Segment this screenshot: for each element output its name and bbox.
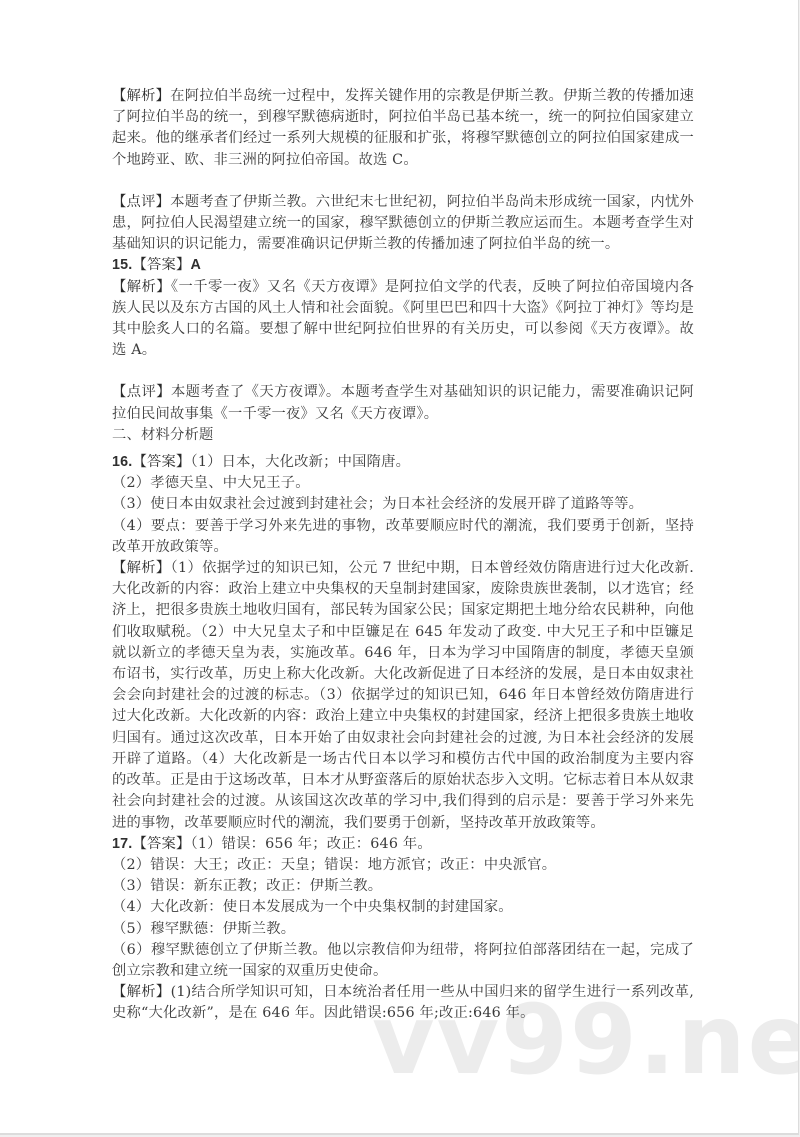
comment-paragraph-14: 【点评】本题考查了伊斯兰教。六世纪末七世纪初，阿拉伯半岛尚未形成统一国家，内忧外… [112,192,694,256]
comment-paragraph-15: 【点评】本题考查了《天方夜谭》。本题考查学生对基础知识的识记能力，需要准确识记阿… [112,382,694,424]
analysis-paragraph-14: 【解析】在阿拉伯半岛统一过程中，发挥关键作用的宗教是伊斯兰教。伊斯兰教的传播加速… [112,86,694,171]
answer-line-15: 15.【答案】A [112,255,694,276]
analysis-paragraph-17: 【解析】(1)结合所学知识可知，日本统治者任用一些从中国归来的留学生进行一系列改… [112,982,694,1024]
question-number: 16. [112,454,132,470]
answer-tag: 【答案】 [132,836,190,852]
answer-line-17: 17.【答案】（1）错误：656 年；改正：646 年。 [112,834,694,855]
answer-item: （3）错误：新东正教；改正：伊斯兰教。 [112,876,694,897]
answer-item: （4）大化改新：使日本发展成为一个中央集权制的封建国家。 [112,897,694,918]
paragraph-text: 本题考查了《天方夜谭》。本题考查学生对基础知识的识记能力，需要准确识记阿拉伯民间… [112,384,694,421]
analysis-paragraph-16: 【解析】（1）依据学过的知识已知，公元 7 世纪中期，日本曾经效仿隋唐进行过大化… [112,558,694,834]
analysis-paragraph-15: 【解析】《一千零一夜》又名《天方夜谭》是阿拉伯文学的代表，反映了阿拉伯帝国境内各… [112,277,694,362]
comment-tag: 【点评】 [112,194,170,210]
answer-line-16: 16.【答案】（1）日本，大化改新；中国隋唐。 [112,452,694,473]
paragraph-text: （1）依据学过的知识已知，公元 7 世纪中期，日本曾经效仿隋唐进行过大化改新. … [112,560,694,830]
answer-item: （3）使日本由奴隶社会过渡到封建社会；为日本社会经济的发展开辟了道路等等。 [112,494,694,515]
analysis-tag: 【解析】 [112,560,171,576]
answer-item: （2）错误：大王；改正：天皇；错误：地方派官；改正：中央派官。 [112,855,694,876]
question-number: 17. [112,836,132,852]
answer-text: （1）错误：656 年；改正：646 年。 [190,836,431,852]
document-content: 【解析】在阿拉伯半岛统一过程中，发挥关键作用的宗教是伊斯兰教。伊斯兰教的传播加速… [112,86,694,1025]
answer-item: （5）穆罕默德：伊斯兰教。 [112,919,694,940]
answer-item: （4）要点：要善于学习外来先进的事物，改革要顺应时代的潮流，我们要勇于创新，坚持… [112,516,694,558]
section-heading: 二、材料分析题 [112,425,694,446]
analysis-tag: 【解析】 [112,279,171,295]
paragraph-text: 本题考查了伊斯兰教。六世纪末七世纪初，阿拉伯半岛尚未形成统一国家，内忧外患，阿拉… [112,194,694,252]
answer-tag: 【答案】 [132,454,190,470]
question-number: 15. [112,257,132,273]
answer-text: （1）日本，大化改新；中国隋唐。 [190,454,410,470]
answer-text: A [190,257,201,273]
answer-item: （6）穆罕默德创立了伊斯兰教。他以宗教信仰为纽带，将阿拉伯部落团结在一起，完成了… [112,940,694,982]
answer-tag: 【答案】 [132,257,190,273]
analysis-tag: 【解析】 [112,88,170,104]
analysis-tag: 【解析】 [112,984,171,1000]
answer-item: （2）孝德天皇、中大兄王子。 [112,473,694,494]
paragraph-text: 《一千零一夜》又名《天方夜谭》是阿拉伯文学的代表，反映了阿拉伯帝国境内各族人民以… [112,279,694,359]
paragraph-text: (1)结合所学知识可知，日本统治者任用一些从中国归来的留学生进行一系列改革, 史… [112,984,694,1021]
comment-tag: 【点评】 [112,384,171,400]
document-page: vv99.net 【解析】在阿拉伯半岛统一过程中，发挥关键作用的宗教是伊斯兰教。… [0,0,799,1135]
paragraph-text: 在阿拉伯半岛统一过程中，发挥关键作用的宗教是伊斯兰教。伊斯兰教的传播加速了阿拉伯… [112,88,694,168]
